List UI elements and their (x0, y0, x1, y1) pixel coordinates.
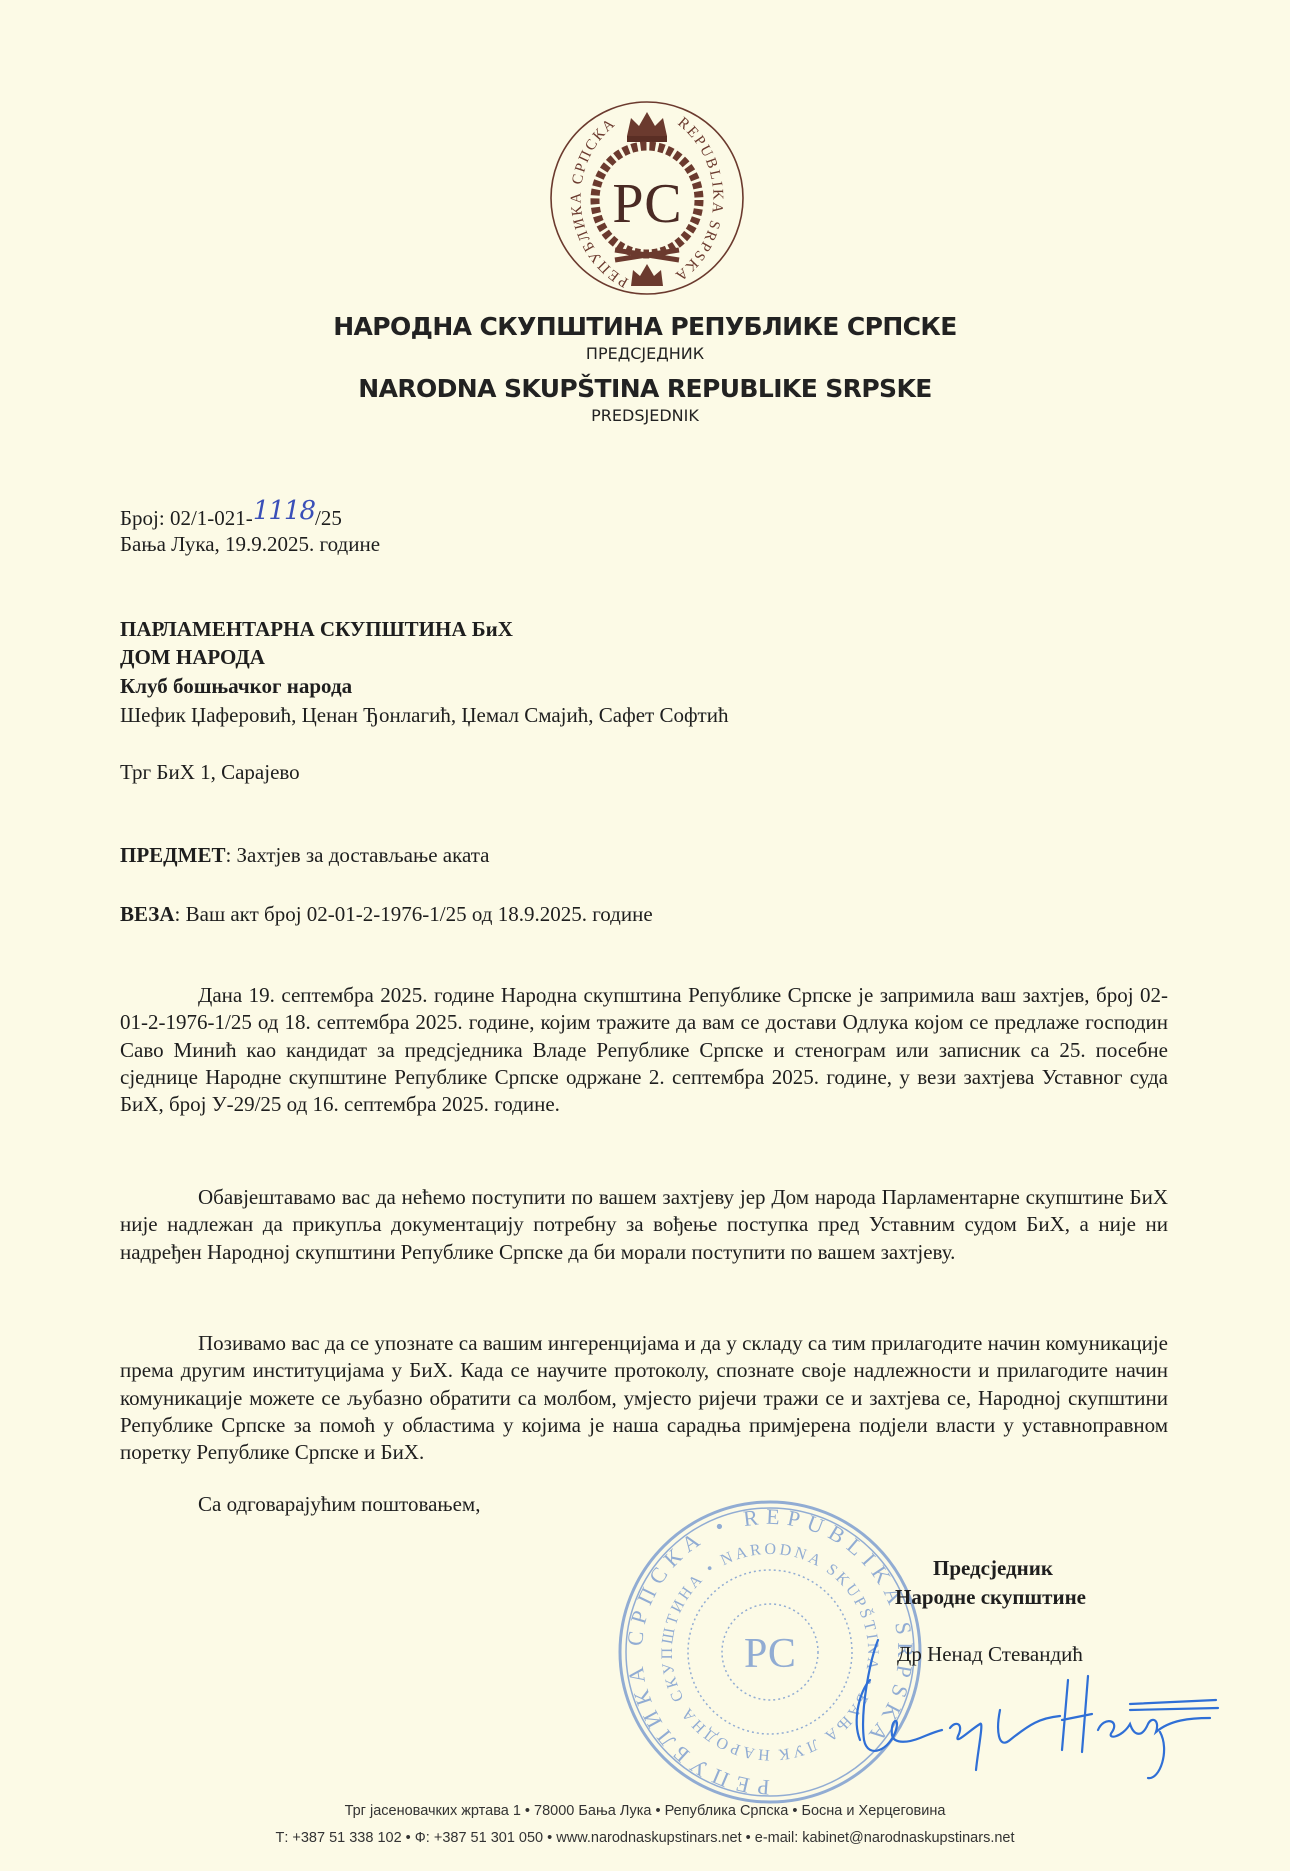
recipient-names: Шефик Џаферовић, Ценан Ђонлагић, Џемал С… (120, 703, 728, 728)
letterhead-title-latin: NARODNA SKUPŠTINA REPUBLIKE SRPSKE (0, 374, 1290, 403)
svg-text:РС: РС (612, 173, 681, 235)
letterhead-title-cyrillic: НАРОДНА СКУПШТИНА РЕПУБЛИКЕ СРПСКЕ (0, 312, 1290, 341)
handwritten-signature-icon (830, 1620, 1230, 1790)
subject-label: ПРЕДМЕТ (120, 843, 225, 867)
reference-number-suffix: /25 (315, 506, 342, 530)
footer-address: Трг јасеновачких жртава 1 • 78000 Бања Л… (0, 1803, 1290, 1819)
recipient-club: Клуб бошњачког народа (120, 674, 352, 699)
recipient-house: ДОМ НАРОДА (120, 645, 265, 670)
signatory-title: Предсједник (933, 1556, 1053, 1581)
paragraph-text: Позивамо вас да се упознате са вашим инг… (120, 1331, 1168, 1464)
body-paragraph: Дана 19. септембра 2025. године Народна … (120, 982, 1168, 1118)
letterhead-subtitle-latin: PREDSJEDNIK (0, 406, 1290, 425)
handwritten-number: 1118 (253, 496, 315, 526)
reference-number-prefix: Број: 02/1-021- (120, 506, 253, 530)
footer-contacts: Т: +387 51 338 102 • Ф: +387 51 301 050 … (0, 1830, 1290, 1846)
svg-text:РС: РС (744, 1631, 796, 1677)
recipient-address: Трг БиХ 1, Сарајево (120, 760, 300, 785)
body-paragraph: Позивамо вас да се упознате са вашим инг… (120, 1330, 1168, 1466)
letterhead-subtitle-cyrillic: ПРЕДСЈЕДНИК (0, 344, 1290, 363)
closing-salutation: Са одговарајућим поштовањем, (198, 1492, 480, 1517)
place-and-date: Бања Лука, 19.9.2025. године (120, 532, 380, 557)
signatory-institution: Народне скупштине (895, 1585, 1086, 1610)
recipient-institution: ПАРЛАМЕНТАРНА СКУПШТИНА БиХ (120, 617, 513, 642)
link-text: : Ваш акт број 02-01-2-1976-1/25 од 18.9… (175, 902, 653, 926)
reference-link-line: ВЕЗА: Ваш акт број 02-01-2-1976-1/25 од … (120, 902, 653, 927)
reference-number: Број: 02/1-021-1118/25 (120, 502, 342, 532)
body-paragraph: Обавјештавамо вас да нећемо поступити по… (120, 1184, 1168, 1266)
link-label: ВЕЗА (120, 902, 175, 926)
subject-text: : Захтјев за достављање аката (225, 843, 489, 867)
paragraph-text: Дана 19. септембра 2025. године Народна … (120, 983, 1168, 1116)
paragraph-text: Обавјештавамо вас да нећемо поступити по… (120, 1185, 1168, 1264)
coat-of-arms-icon: РЕПУБЛИКА СРПСКА REPUBLIKA SRPSKA РС (547, 100, 747, 300)
subject-line: ПРЕДМЕТ: Захтјев за достављање аката (120, 843, 490, 868)
